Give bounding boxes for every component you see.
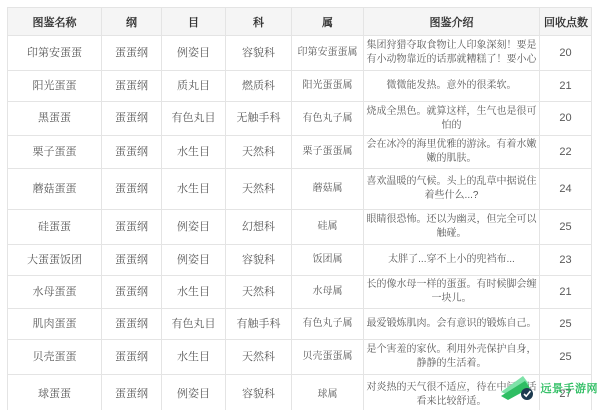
table-row: 蘑菇蛋蛋 蛋蛋纲 水生目 天然科 蘑菇属 喜欢温暖的气候。头上的乱草中据说住着些… (8, 169, 592, 210)
cell-name: 硅蛋蛋 (8, 210, 102, 245)
cell-name: 阳光蛋蛋 (8, 71, 102, 102)
cell-class: 蛋蛋纲 (102, 340, 162, 375)
cell-class: 蛋蛋纲 (102, 136, 162, 169)
cell-name: 黑蛋蛋 (8, 102, 102, 136)
cell-genus: 栗子蛋蛋属 (292, 136, 364, 169)
cell-desc: 眼睛很恐怖。还以为幽灵，但完全可以触碰。 (364, 210, 540, 245)
cell-family: 天然科 (226, 169, 292, 210)
cell-desc: 微微能发热。意外的很柔软。 (364, 71, 540, 102)
cell-points: 25 (540, 309, 592, 340)
table-row: 贝壳蛋蛋 蛋蛋纲 水生目 天然科 贝壳蛋蛋属 是个害羞的家伙。利用外壳保护自身，… (8, 340, 592, 375)
cell-desc: 最爱锻炼肌肉。会有意识的锻炼自己。 (364, 309, 540, 340)
cell-genus: 阳光蛋蛋属 (292, 71, 364, 102)
table-row: 阳光蛋蛋 蛋蛋纲 质丸目 燃质科 阳光蛋蛋属 微微能发热。意外的很柔软。 21 (8, 71, 592, 102)
cell-family: 天然科 (226, 136, 292, 169)
dex-table: 图鉴名称 纲 目 科 属 图鉴介绍 回收点数 印第安蛋蛋 蛋蛋纲 例姿目 容貌科… (7, 7, 592, 410)
header-order: 目 (162, 8, 226, 36)
header-class: 纲 (102, 8, 162, 36)
cell-points: 21 (540, 276, 592, 309)
cell-order: 水生目 (162, 136, 226, 169)
cell-order: 水生目 (162, 169, 226, 210)
cell-name: 肌肉蛋蛋 (8, 309, 102, 340)
cell-family: 无触手科 (226, 102, 292, 136)
cell-desc: 会在冰冷的海里优雅的游泳。有着水嫩嫩的肌肤。 (364, 136, 540, 169)
table-row: 印第安蛋蛋 蛋蛋纲 例姿目 容貌科 印第安蛋蛋属 集团狩猎夺取食物让人印象深刻！… (8, 36, 592, 71)
cell-family: 天然科 (226, 340, 292, 375)
cell-points: 25 (540, 210, 592, 245)
cell-points: 25 (540, 340, 592, 375)
cell-order: 有色丸目 (162, 309, 226, 340)
cell-name: 贝壳蛋蛋 (8, 340, 102, 375)
cell-genus: 球属 (292, 375, 364, 410)
cell-genus: 有色丸子属 (292, 102, 364, 136)
cell-family: 有触手科 (226, 309, 292, 340)
cell-family: 容貌科 (226, 245, 292, 276)
cell-genus: 水母属 (292, 276, 364, 309)
cell-class: 蛋蛋纲 (102, 276, 162, 309)
cell-desc: 喜欢温暖的气候。头上的乱草中据说住着些什么...? (364, 169, 540, 210)
cell-name: 大蛋蛋饭团 (8, 245, 102, 276)
table-row: 栗子蛋蛋 蛋蛋纲 水生目 天然科 栗子蛋蛋属 会在冰冷的海里优雅的游泳。有着水嫩… (8, 136, 592, 169)
table-row: 球蛋蛋 蛋蛋纲 例姿目 容貌科 球属 对炎热的天气很不适应，待在中间的话看来比较… (8, 375, 592, 410)
cell-genus: 蘑菇属 (292, 169, 364, 210)
cell-name: 蘑菇蛋蛋 (8, 169, 102, 210)
cell-class: 蛋蛋纲 (102, 245, 162, 276)
cell-class: 蛋蛋纲 (102, 169, 162, 210)
cell-desc: 集团狩猎夺取食物让人印象深刻！要是有小动物靠近的话那就糟糕了！要小心 (364, 36, 540, 71)
cell-name: 印第安蛋蛋 (8, 36, 102, 71)
table-row: 黑蛋蛋 蛋蛋纲 有色丸目 无触手科 有色丸子属 烧成全黑色。就算这样，生气也是很… (8, 102, 592, 136)
table-row: 大蛋蛋饭团 蛋蛋纲 例姿目 容貌科 饭团属 太胖了...穿不上小的兜裆布... … (8, 245, 592, 276)
cell-family: 容貌科 (226, 375, 292, 410)
cell-genus: 硅属 (292, 210, 364, 245)
cell-class: 蛋蛋纲 (102, 375, 162, 410)
cell-class: 蛋蛋纲 (102, 102, 162, 136)
cell-order: 水生目 (162, 276, 226, 309)
cell-desc: 烧成全黑色。就算这样，生气也是很可怕的 (364, 102, 540, 136)
cell-points: 20 (540, 102, 592, 136)
cell-points: 27 (540, 375, 592, 410)
cell-family: 容貌科 (226, 36, 292, 71)
table-header-row: 图鉴名称 纲 目 科 属 图鉴介绍 回收点数 (8, 8, 592, 36)
header-desc: 图鉴介绍 (364, 8, 540, 36)
cell-class: 蛋蛋纲 (102, 71, 162, 102)
table-row: 硅蛋蛋 蛋蛋纲 例姿目 幻想科 硅属 眼睛很恐怖。还以为幽灵，但完全可以触碰。 … (8, 210, 592, 245)
cell-order: 例姿目 (162, 375, 226, 410)
cell-points: 20 (540, 36, 592, 71)
header-genus: 属 (292, 8, 364, 36)
header-family: 科 (226, 8, 292, 36)
cell-genus: 有色丸子属 (292, 309, 364, 340)
cell-family: 燃质科 (226, 71, 292, 102)
cell-name: 球蛋蛋 (8, 375, 102, 410)
cell-desc: 是个害羞的家伙。利用外壳保护自身，静静的生活着。 (364, 340, 540, 375)
cell-desc: 长的像水母一样的蛋蛋。有时候脚会缠一块儿。 (364, 276, 540, 309)
header-name: 图鉴名称 (8, 8, 102, 36)
cell-desc: 对炎热的天气很不适应，待在中间的话看来比较舒适。 (364, 375, 540, 410)
cell-points: 22 (540, 136, 592, 169)
page: 图鉴名称 纲 目 科 属 图鉴介绍 回收点数 印第安蛋蛋 蛋蛋纲 例姿目 容貌科… (0, 0, 600, 410)
table-row: 肌肉蛋蛋 蛋蛋纲 有色丸目 有触手科 有色丸子属 最爱锻炼肌肉。会有意识的锻炼自… (8, 309, 592, 340)
cell-order: 例姿目 (162, 210, 226, 245)
header-points: 回收点数 (540, 8, 592, 36)
cell-genus: 印第安蛋蛋属 (292, 36, 364, 71)
cell-order: 有色丸目 (162, 102, 226, 136)
cell-name: 栗子蛋蛋 (8, 136, 102, 169)
cell-points: 21 (540, 71, 592, 102)
cell-order: 质丸目 (162, 71, 226, 102)
cell-family: 幻想科 (226, 210, 292, 245)
cell-points: 24 (540, 169, 592, 210)
table-row: 水母蛋蛋 蛋蛋纲 水生目 天然科 水母属 长的像水母一样的蛋蛋。有时候脚会缠一块… (8, 276, 592, 309)
cell-genus: 饭团属 (292, 245, 364, 276)
cell-order: 例姿目 (162, 36, 226, 71)
cell-name: 水母蛋蛋 (8, 276, 102, 309)
cell-genus: 贝壳蛋蛋属 (292, 340, 364, 375)
cell-desc: 太胖了...穿不上小的兜裆布... (364, 245, 540, 276)
cell-order: 水生目 (162, 340, 226, 375)
cell-points: 23 (540, 245, 592, 276)
cell-order: 例姿目 (162, 245, 226, 276)
cell-class: 蛋蛋纲 (102, 309, 162, 340)
cell-family: 天然科 (226, 276, 292, 309)
cell-class: 蛋蛋纲 (102, 210, 162, 245)
cell-class: 蛋蛋纲 (102, 36, 162, 71)
